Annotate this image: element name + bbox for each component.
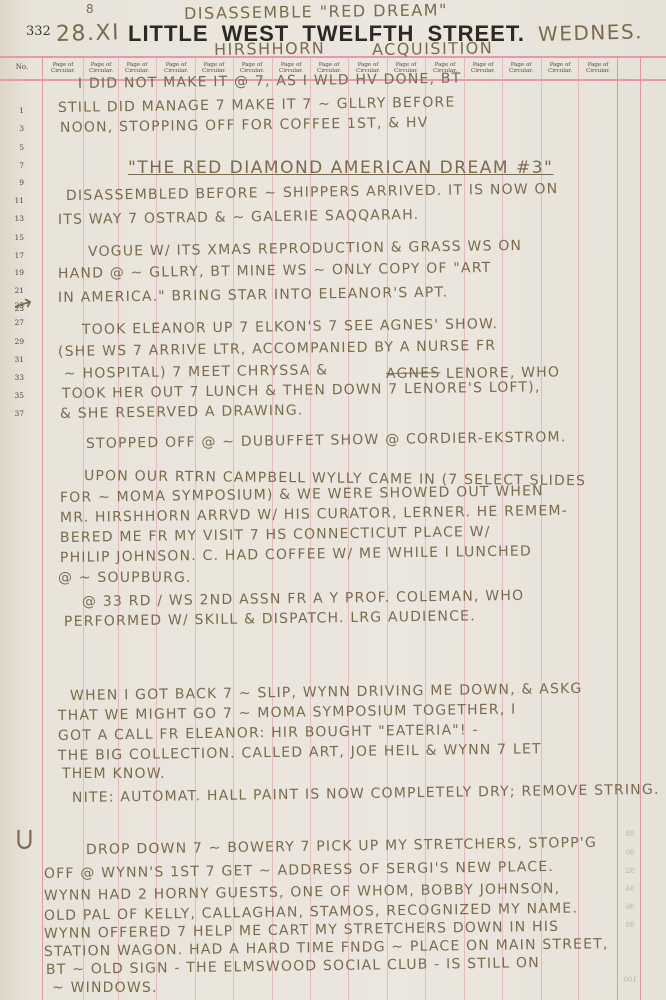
diary-line: @ 33 RD / WS 2ND ASSN FR A Y PROF. COLEM… <box>82 588 525 610</box>
row-number: 7 <box>0 161 24 170</box>
top-note: DISASSEMBLE "RED DREAM" <box>184 0 448 23</box>
struck-word: AGNES <box>386 365 441 382</box>
diary-line: BERED ME FR MY VISIT 7 HS CONNECTICUT PL… <box>60 524 491 546</box>
row-number: 31 <box>0 355 24 364</box>
entry-date-superscript: 8 <box>86 2 95 16</box>
diary-line: FOR ~ MOMA SYMPOSIUM) & WE WERE SHOWED O… <box>60 483 544 506</box>
row-number: 35 <box>0 391 24 400</box>
row-number: 3 <box>0 124 24 133</box>
bleed-through-number: 92 <box>620 867 640 875</box>
column-rule <box>42 56 43 1000</box>
row-number: 19 <box>0 268 24 277</box>
bleed-through-number: 96 <box>620 903 640 911</box>
column-header-page-of-circular: Page of Circular. <box>45 62 81 74</box>
subtitle-acquisition: ACQUISITION <box>372 38 494 59</box>
row-number: 15 <box>0 233 24 242</box>
row-number: 1 <box>0 106 24 115</box>
subtitle-hirshhorn: HIRSHHORN <box>214 38 326 59</box>
column-header-page-of-circular: Page of Circular. <box>196 62 232 74</box>
row-number: 29 <box>0 337 24 346</box>
entry-date: 28.XI <box>56 20 121 47</box>
bleed-through-number: 88 <box>620 830 640 838</box>
diary-line: TOOK HER OUT 7 LUNCH & THEN DOWN 7 LENOR… <box>62 379 541 402</box>
bleed-through-number: 90 <box>620 849 640 857</box>
row-number: 27 <box>0 318 24 327</box>
row-number: 13 <box>0 214 24 223</box>
row-number: 17 <box>0 251 24 260</box>
diary-line: NITE: AUTOMAT. HALL PAINT IS NOW COMPLET… <box>72 782 660 806</box>
artwork-title-heading: "THE RED DIAMOND AMERICAN DREAM #3" <box>128 158 553 178</box>
diary-line: STOPPED OFF @ ~ DUBUFFET SHOW @ CORDIER-… <box>86 429 567 452</box>
diary-line: ~ WINDOWS. <box>52 980 158 996</box>
diary-line: ITS WAY 7 OSTRAD & ~ GALERIE SAQQARAH. <box>58 207 420 228</box>
column-header-page-of-circular: Page of Circular. <box>542 62 578 74</box>
ledger-page: 332 LITTLE WEST TWELFTH STREET. No. Page… <box>0 0 666 1000</box>
margin-arrow-icon: → <box>11 290 36 319</box>
diary-line: THAT WE MIGHT GO 7 ~ MOMA SYMPOSIUM TOGE… <box>58 702 517 724</box>
diary-line: @ ~ SOUPBURG. <box>58 570 192 586</box>
column-header-page-of-circular: Page of Circular. <box>580 62 616 74</box>
margin-bracket-icon: ⊃ <box>7 827 42 852</box>
column-header-no: No. <box>4 64 40 70</box>
weekday: WEDNES. <box>538 19 644 46</box>
diary-line: & SHE RESERVED A DRAWING. <box>60 403 304 422</box>
diary-line: WHEN I GOT BACK 7 ~ SLIP, WYNN DRIVING M… <box>70 681 583 704</box>
diary-line: MR. HIRSHHORN ARRVD W/ HIS CURATOR, LERN… <box>60 503 568 526</box>
row-number: 37 <box>0 409 24 418</box>
column-header-page-of-circular: Page of Circular. <box>234 62 270 74</box>
diary-line: VOGUE W/ ITS XMAS REPRODUCTION & GRASS W… <box>88 238 522 260</box>
diary-line: THEM KNOW. <box>62 766 166 782</box>
bleed-through-number: 98 <box>620 921 640 929</box>
diary-line: ~ HOSPITAL) 7 MEET CHRYSSA & <box>64 362 329 382</box>
diary-line: PHILIP JOHNSON. C. HAD COFFEE W/ ME WHIL… <box>60 543 532 566</box>
diary-line: OFF @ WYNN'S 1ST 7 GET ~ ADDRESS OF SERG… <box>44 859 554 882</box>
diary-line: GOT A CALL FR ELEANOR: HIR BOUGHT "EATER… <box>58 722 479 744</box>
diary-line: IN AMERICA." BRING STAR INTO ELEANOR'S A… <box>58 285 448 306</box>
diary-line: PERFORMED W/ SKILL & DISPATCH. LRG AUDIE… <box>64 608 476 630</box>
row-number: 9 <box>0 178 24 187</box>
diary-line: DISASSEMBLED BEFORE ~ SHIPPERS ARRIVED. … <box>66 181 559 204</box>
diary-line: TOOK ELEANOR UP 7 ELKON'S 7 SEE AGNES' S… <box>82 316 498 338</box>
column-rule <box>617 56 618 1000</box>
diary-line: NOON, STOPPING OFF FOR COFFEE 1ST, & HV <box>60 115 429 136</box>
diary-line: THE BIG COLLECTION. CALLED ART, JOE HEIL… <box>58 741 542 764</box>
page-number: 332 <box>26 24 51 39</box>
diary-line: DROP DOWN 7 ~ BOWERY 7 PICK UP MY STRETC… <box>86 835 597 858</box>
column-header-page-of-circular: Page of Circular. <box>465 62 501 74</box>
column-rule <box>578 56 579 1000</box>
diary-line: (SHE WS 7 ARRIVE LTR, ACCOMPANIED BY A N… <box>58 338 496 360</box>
row-number: 33 <box>0 373 24 382</box>
column-header-page-of-circular: Page of Circular. <box>119 62 155 74</box>
bleed-through-number: 100 <box>620 976 640 984</box>
column-header-page-of-circular: Page of Circular. <box>503 62 539 74</box>
row-number: 5 <box>0 143 24 152</box>
column-header-page-of-circular: Page of Circular. <box>158 62 194 74</box>
bleed-through-number: 94 <box>620 885 640 893</box>
column-header-page-of-circular: Page of Circular. <box>83 62 119 74</box>
row-number: 11 <box>0 196 24 205</box>
column-rule <box>640 56 641 1000</box>
diary-line: HAND @ ~ GLLRY, BT MINE WS ~ ONLY COPY O… <box>58 260 492 282</box>
diary-line: WYNN HAD 2 HORNY GUESTS, ONE OF WHOM, BO… <box>44 881 560 904</box>
header-top-rule <box>0 56 666 58</box>
